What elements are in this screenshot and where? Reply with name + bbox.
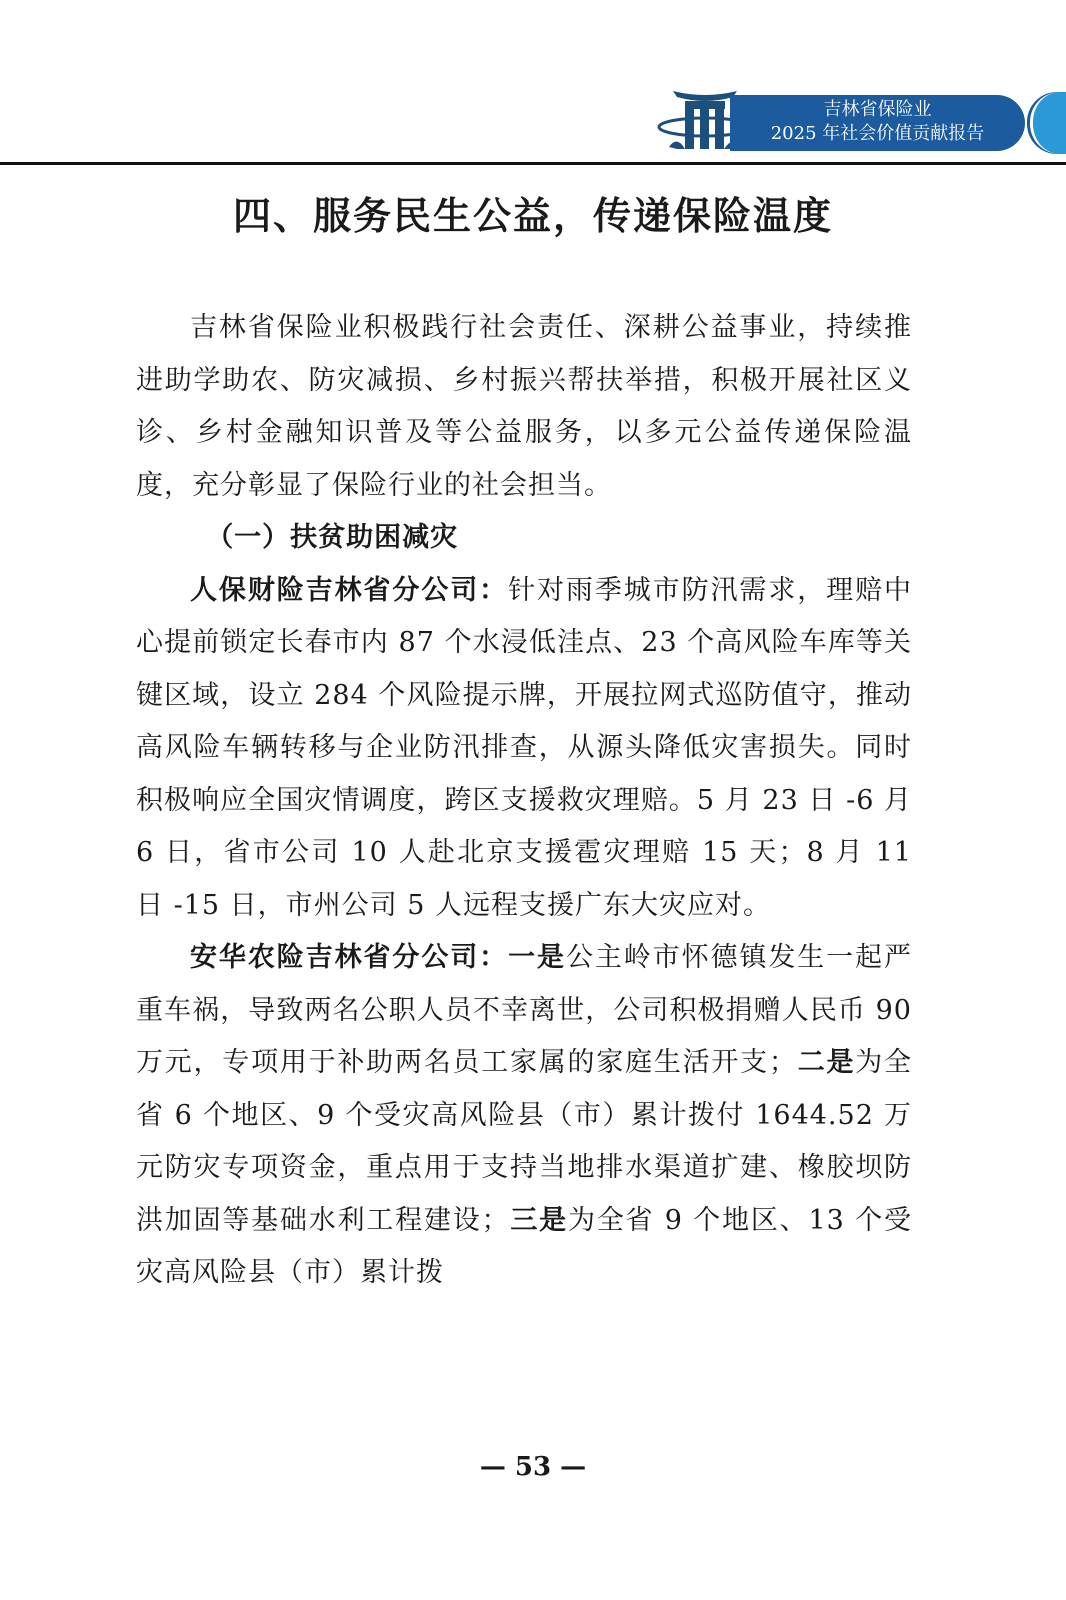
page-number: — 53 — (0, 1452, 1066, 1482)
company-name-anhua: 安华农险吉林省分公司： (190, 942, 508, 973)
item3-label: 三是 (510, 1205, 568, 1236)
subsection-title: （一）扶贫助困减灾 (136, 512, 912, 565)
header-divider (0, 162, 1066, 165)
company-name-picc: 人保财险吉林省分公司： (190, 575, 508, 606)
intro-paragraph: 吉林省保险业积极践行社会责任、深耕公益事业，持续推进助学助农、防灾减损、乡村振兴… (136, 302, 912, 512)
page-header: 吉林省保险业 2025 年社会价值贡献报告 (0, 0, 1066, 166)
paragraph-anhua: 安华农险吉林省分公司：一是公主岭市怀德镇发生一起严重车祸，导致两名公职人员不幸离… (136, 932, 912, 1300)
section-title: 四、服务民生公益，传递保险温度 (0, 190, 1066, 242)
paragraph-picc: 人保财险吉林省分公司：针对雨季城市防汛需求，理赔中心提前锁定长春市内 87 个水… (136, 565, 912, 933)
report-title-banner: 吉林省保险业 2025 年社会价值贡献报告 (730, 95, 1025, 151)
item1-label: 一是 (508, 942, 566, 973)
item2-label: 二是 (797, 1047, 855, 1078)
paragraph-picc-text: 针对雨季城市防汛需求，理赔中心提前锁定长春市内 87 个水浸低洼点、23 个高风… (136, 575, 912, 921)
banner-line-2: 2025 年社会价值贡献报告 (730, 123, 1025, 145)
banner-line-1: 吉林省保险业 (730, 99, 1025, 121)
banner-accent-pill (1030, 92, 1066, 154)
body-text: 吉林省保险业积极践行社会责任、深耕公益事业，持续推进助学助农、防灾减损、乡村振兴… (136, 302, 912, 1300)
